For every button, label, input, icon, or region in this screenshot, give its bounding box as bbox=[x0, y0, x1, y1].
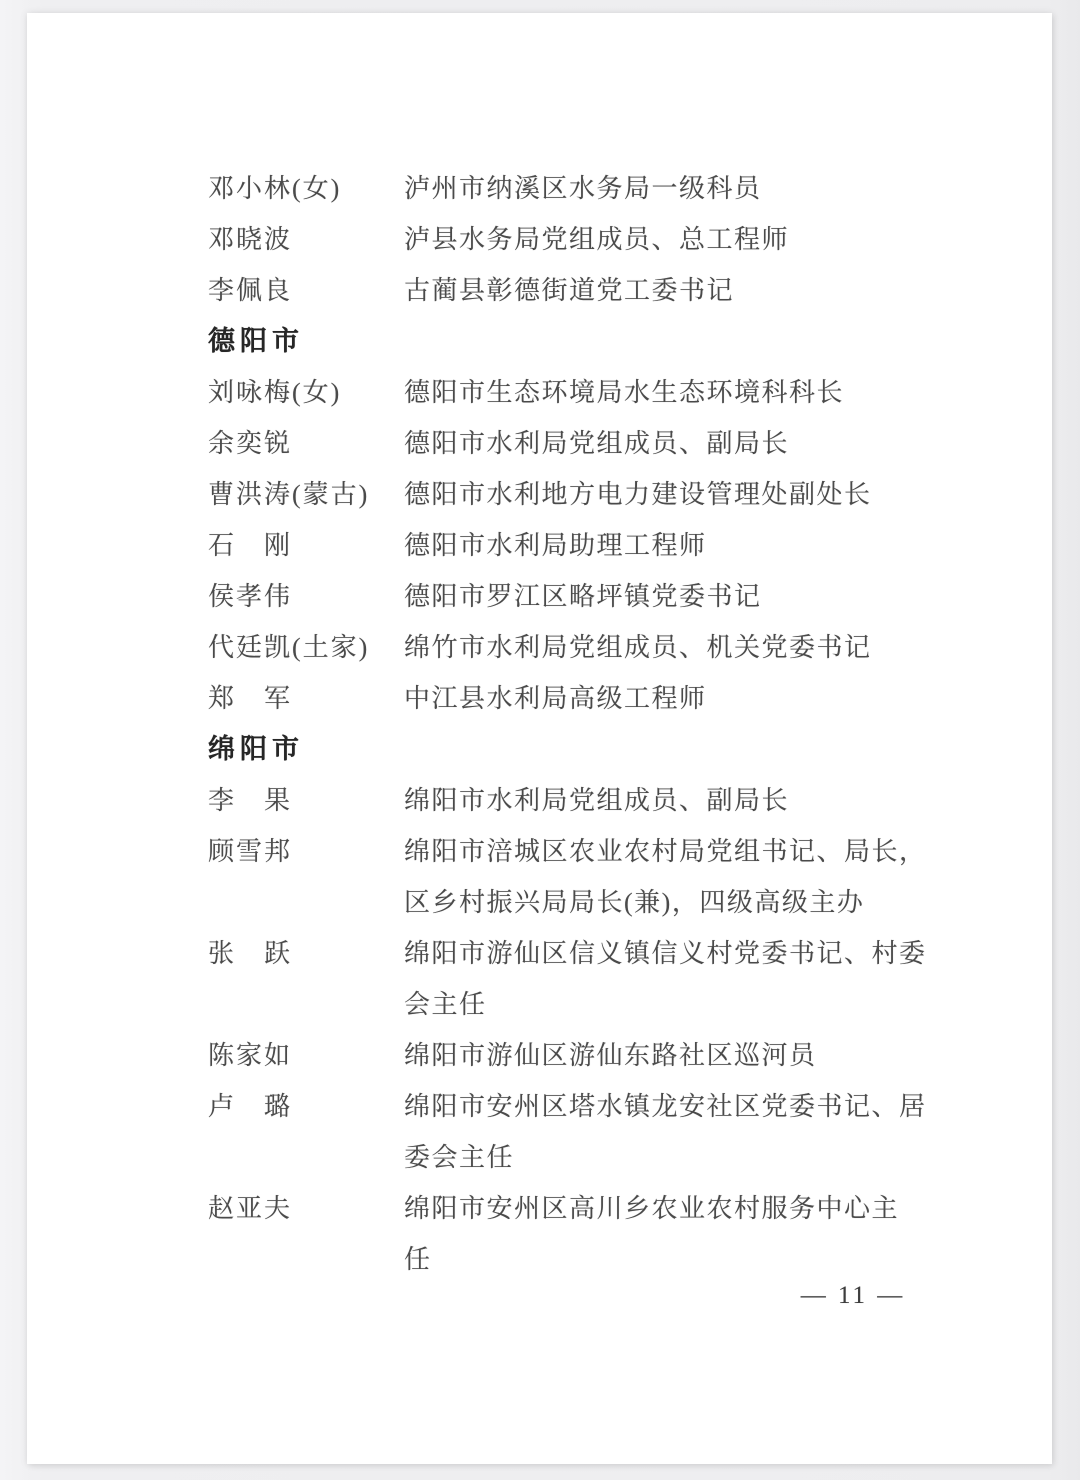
awardee-list: 邓小林(女)泸州市纳溪区水务局一级科员邓晓波泸县水务局党组成员、总工程师李佩良古… bbox=[208, 163, 998, 1285]
awardee-row: 刘咏梅(女)德阳市生态环境局水生态环境科科长 bbox=[208, 367, 998, 418]
awardee-name: 余奕锐 bbox=[208, 418, 404, 469]
awardee-position: 德阳市水利局助理工程师 bbox=[404, 520, 998, 571]
awardee-position: 泸州市纳溪区水务局一级科员 bbox=[404, 163, 998, 214]
awardee-name: 卢 璐 bbox=[208, 1081, 404, 1132]
awardee-name: 邓小林(女) bbox=[208, 163, 404, 214]
awardee-name: 刘咏梅(女) bbox=[208, 367, 404, 418]
awardee-position: 中江县水利局高级工程师 bbox=[404, 673, 998, 724]
position-line: 区乡村振兴局局长(兼)，四级高级主办 bbox=[404, 877, 998, 928]
awardee-position: 德阳市水利局党组成员、副局长 bbox=[404, 418, 998, 469]
awardee-name: 郑 军 bbox=[208, 673, 404, 724]
awardee-position: 泸县水务局党组成员、总工程师 bbox=[404, 214, 998, 265]
page-number: — 11 — bbox=[747, 1279, 959, 1313]
position-line: 古蔺县彰德街道党工委书记 bbox=[404, 265, 998, 316]
awardee-row: 赵亚夫绵阳市安州区高川乡农业农村服务中心主任 bbox=[208, 1183, 998, 1285]
awardee-position: 绵竹市水利局党组成员、机关党委书记 bbox=[404, 622, 998, 673]
awardee-name: 李 果 bbox=[208, 775, 404, 826]
awardee-position: 绵阳市游仙区信义镇信义村党委书记、村委会主任 bbox=[404, 928, 998, 1030]
city-header-row: 德阳市 bbox=[208, 316, 998, 367]
awardee-name: 陈家如 bbox=[208, 1030, 404, 1081]
awardee-name: 李佩良 bbox=[208, 265, 404, 316]
awardee-position: 德阳市生态环境局水生态环境科科长 bbox=[404, 367, 998, 418]
awardee-position: 绵阳市安州区塔水镇龙安社区党委书记、居委会主任 bbox=[404, 1081, 998, 1183]
awardee-name: 邓晓波 bbox=[208, 214, 404, 265]
awardee-position: 德阳市水利地方电力建设管理处副处长 bbox=[404, 469, 998, 520]
awardee-position: 绵阳市涪城区农业农村局党组书记、局长，区乡村振兴局局长(兼)，四级高级主办 bbox=[404, 826, 998, 928]
awardee-name: 石 刚 bbox=[208, 520, 404, 571]
position-line: 德阳市罗江区略坪镇党委书记 bbox=[404, 571, 998, 622]
position-line: 绵阳市涪城区农业农村局党组书记、局长， bbox=[404, 826, 998, 877]
awardee-row: 李 果绵阳市水利局党组成员、副局长 bbox=[208, 775, 998, 826]
awardee-row: 代廷凯(土家)绵竹市水利局党组成员、机关党委书记 bbox=[208, 622, 998, 673]
awardee-row: 石 刚德阳市水利局助理工程师 bbox=[208, 520, 998, 571]
position-line: 绵阳市游仙区游仙东路社区巡河员 bbox=[404, 1030, 998, 1081]
document-page: 邓小林(女)泸州市纳溪区水务局一级科员邓晓波泸县水务局党组成员、总工程师李佩良古… bbox=[27, 13, 1052, 1464]
awardee-position: 绵阳市安州区高川乡农业农村服务中心主任 bbox=[404, 1183, 998, 1285]
position-line: 绵竹市水利局党组成员、机关党委书记 bbox=[404, 622, 998, 673]
awardee-position: 绵阳市游仙区游仙东路社区巡河员 bbox=[404, 1030, 998, 1081]
awardee-position: 古蔺县彰德街道党工委书记 bbox=[404, 265, 998, 316]
position-line: 绵阳市安州区高川乡农业农村服务中心主 bbox=[404, 1183, 998, 1234]
awardee-name: 顾雪邦 bbox=[208, 826, 404, 877]
position-line: 绵阳市安州区塔水镇龙安社区党委书记、居 bbox=[404, 1081, 998, 1132]
position-line: 任 bbox=[404, 1234, 998, 1285]
awardee-row: 邓晓波泸县水务局党组成员、总工程师 bbox=[208, 214, 998, 265]
city-header: 绵阳市 bbox=[208, 724, 304, 775]
awardee-name: 张 跃 bbox=[208, 928, 404, 979]
awardee-name: 曹洪涛(蒙古) bbox=[208, 469, 404, 520]
position-line: 委会主任 bbox=[404, 1132, 998, 1183]
awardee-row: 张 跃绵阳市游仙区信义镇信义村党委书记、村委会主任 bbox=[208, 928, 998, 1030]
awardee-row: 顾雪邦绵阳市涪城区农业农村局党组书记、局长，区乡村振兴局局长(兼)，四级高级主办 bbox=[208, 826, 998, 928]
position-line: 绵阳市水利局党组成员、副局长 bbox=[404, 775, 998, 826]
position-line: 泸县水务局党组成员、总工程师 bbox=[404, 214, 998, 265]
awardee-row: 李佩良古蔺县彰德街道党工委书记 bbox=[208, 265, 998, 316]
awardee-name: 侯孝伟 bbox=[208, 571, 404, 622]
position-line: 会主任 bbox=[404, 979, 998, 1030]
awardee-row: 邓小林(女)泸州市纳溪区水务局一级科员 bbox=[208, 163, 998, 214]
awardee-row: 余奕锐德阳市水利局党组成员、副局长 bbox=[208, 418, 998, 469]
awardee-row: 侯孝伟德阳市罗江区略坪镇党委书记 bbox=[208, 571, 998, 622]
awardee-row: 卢 璐绵阳市安州区塔水镇龙安社区党委书记、居委会主任 bbox=[208, 1081, 998, 1183]
awardee-row: 郑 军中江县水利局高级工程师 bbox=[208, 673, 998, 724]
awardee-name: 赵亚夫 bbox=[208, 1183, 404, 1234]
awardee-row: 曹洪涛(蒙古)德阳市水利地方电力建设管理处副处长 bbox=[208, 469, 998, 520]
position-line: 德阳市水利局助理工程师 bbox=[404, 520, 998, 571]
position-line: 绵阳市游仙区信义镇信义村党委书记、村委 bbox=[404, 928, 998, 979]
position-line: 德阳市水利地方电力建设管理处副处长 bbox=[404, 469, 998, 520]
position-line: 泸州市纳溪区水务局一级科员 bbox=[404, 163, 998, 214]
city-header-row: 绵阳市 bbox=[208, 724, 998, 775]
awardee-name: 代廷凯(土家) bbox=[208, 622, 404, 673]
city-header: 德阳市 bbox=[208, 316, 304, 367]
awardee-position: 绵阳市水利局党组成员、副局长 bbox=[404, 775, 998, 826]
position-line: 德阳市生态环境局水生态环境科科长 bbox=[404, 367, 998, 418]
position-line: 德阳市水利局党组成员、副局长 bbox=[404, 418, 998, 469]
awardee-row: 陈家如绵阳市游仙区游仙东路社区巡河员 bbox=[208, 1030, 998, 1081]
awardee-position: 德阳市罗江区略坪镇党委书记 bbox=[404, 571, 998, 622]
position-line: 中江县水利局高级工程师 bbox=[404, 673, 998, 724]
